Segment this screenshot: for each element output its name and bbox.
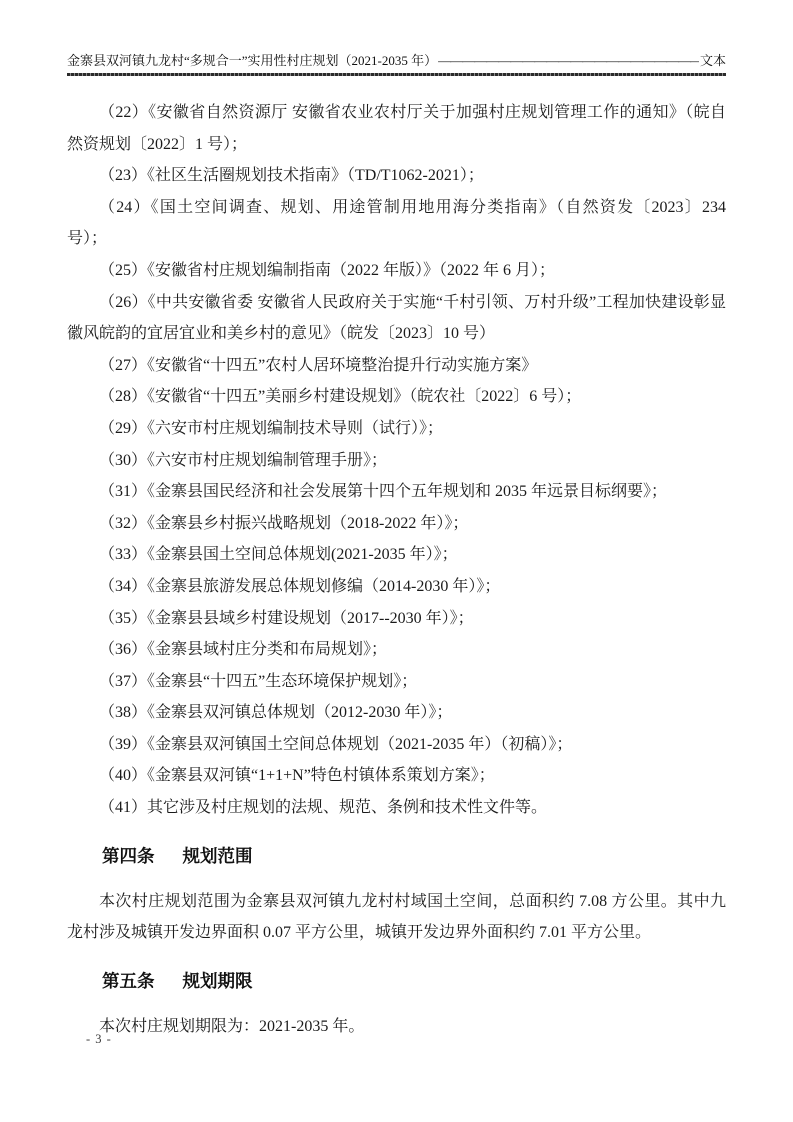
document-body: （22）《安徽省自然资源厅 安徽省农业农村厅关于加强村庄规划管理工作的通知》（皖… — [67, 97, 726, 1042]
list-item: （33）《金寨县国土空间总体规划(2021-2035 年）》； — [67, 539, 726, 571]
list-item: （24）《国土空间调查、规划、用途管制用地用海分类指南》（自然资发〔2023〕2… — [67, 192, 726, 255]
list-item: （39）《金寨县双河镇国土空间总体规划（2021-2035 年）（初稿）》； — [67, 729, 726, 761]
list-item: （28）《安徽省“十四五”美丽乡村建设规划》（皖农社〔2022〕6 号）； — [67, 381, 726, 413]
page-header: 金寨县双河镇九龙村“多规合一”实用性村庄规划（2021-2035 年） ————… — [67, 0, 726, 76]
list-item: （40）《金寨县双河镇“1+1+N”特色村镇体系策划方案》； — [67, 760, 726, 792]
list-item: （35）《金寨县县域乡村建设规划（2017--2030 年）》； — [67, 603, 726, 635]
list-item: （37）《金寨县“十四五”生态环境保护规划》； — [67, 666, 726, 698]
list-item: （30）《六安市村庄规划编制管理手册》； — [67, 445, 726, 477]
list-item: （41）其它涉及村庄规划的法规、规范、条例和技术性文件等。 — [67, 792, 726, 824]
section-paragraph: 本次村庄规划期限为：2021-2035 年。 — [67, 1011, 726, 1043]
section-paragraph: 本次村庄规划范围为金寨县双河镇九龙村村域国土空间，总面积约 7.08 方公里。其… — [67, 886, 726, 949]
section-number: 第五条 — [102, 971, 155, 991]
list-item: （36）《金寨县域村庄分类和布局规划》； — [67, 634, 726, 666]
list-item: （23）《社区生活圈规划技术指南》（TD/T1062-2021）； — [67, 160, 726, 192]
section-title: 规划期限 — [183, 971, 253, 991]
list-item: （32）《金寨县乡村振兴战略规划（2018-2022 年）》； — [67, 508, 726, 540]
header-divider — [67, 73, 726, 76]
header-title: 金寨县双河镇九龙村“多规合一”实用性村庄规划（2021-2035 年） — [67, 52, 437, 69]
header-leader-dashes: —————————————————————————————— — [438, 52, 699, 69]
section-heading-article-5: 第五条规划期限 — [67, 965, 726, 997]
list-item: （29）《六安市村庄规划编制技术导则（试行）》； — [67, 413, 726, 445]
header-label: 文本 — [700, 52, 726, 69]
list-item: （27）《安徽省“十四五”农村人居环境整治提升行动实施方案》 — [67, 350, 726, 382]
list-item: （22）《安徽省自然资源厅 安徽省农业农村厅关于加强村庄规划管理工作的通知》（皖… — [67, 97, 726, 160]
section-title: 规划范围 — [183, 846, 253, 866]
list-item: （38）《金寨县双河镇总体规划（2012-2030 年）》； — [67, 697, 726, 729]
list-item: （26）《中共安徽省委 安徽省人民政府关于实施“千村引领、万村升级”工程加快建设… — [67, 287, 726, 350]
list-item: （34）《金寨县旅游发展总体规划修编（2014-2030 年）》； — [67, 571, 726, 603]
header-row: 金寨县双河镇九龙村“多规合一”实用性村庄规划（2021-2035 年） ————… — [67, 52, 726, 69]
section-number: 第四条 — [102, 846, 155, 866]
list-item: （25）《安徽省村庄规划编制指南（2022 年版）》（2022 年 6 月）； — [67, 255, 726, 287]
document-page: 金寨县双河镇九龙村“多规合一”实用性村庄规划（2021-2035 年） ————… — [0, 0, 793, 1122]
page-number: - 3 - — [86, 1032, 112, 1047]
section-heading-article-4: 第四条规划范围 — [67, 840, 726, 872]
list-item: （31）《金寨县国民经济和社会发展第十四个五年规划和 2035 年远景目标纲要》… — [67, 476, 726, 508]
